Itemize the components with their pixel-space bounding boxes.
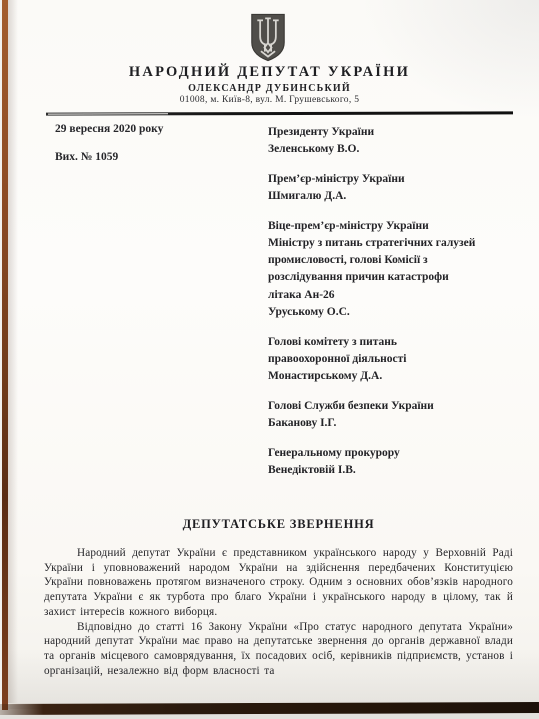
letterhead-org-title: НАРОДНИЙ ДЕПУТАТ УКРАЇНИ — [20, 64, 519, 81]
recipient-line: Венедіктовій І.В. — [268, 462, 524, 479]
recipient-security-service-head: Голові Служби безпеки України Баканову І… — [268, 398, 524, 432]
recipient-line: Зеленському В.О. — [268, 141, 524, 158]
recipient-line: Прем’єр-міністру України — [268, 171, 524, 188]
letterhead-address: 01008, м. Київ-8, вул. М. Грушевського, … — [20, 95, 519, 105]
table-edge-bottom — [0, 702, 539, 715]
recipient-line: Міністру з питань стратегічних галузей — [268, 235, 524, 252]
body-paragraph: Відповідно до статті 16 Закону України «… — [44, 620, 513, 679]
recipients-block: Президенту України Зеленському В.О. Прем… — [268, 124, 524, 491]
recipient-president: Президенту України Зеленському В.О. — [268, 124, 524, 158]
letterhead-person-name: ОЛЕКСАНДР ДУБИНСЬКИЙ — [20, 83, 519, 94]
table-edge-left — [2, 0, 8, 710]
recipient-line: Голові Служби безпеки України — [268, 398, 524, 415]
document-title: ДЕПУТАТСЬКЕ ЗВЕРНЕННЯ — [44, 517, 513, 532]
recipient-line: літака Ан-26 — [268, 287, 524, 304]
recipient-prime-minister: Прем’єр-міністру України Шмигалю Д.А. — [268, 171, 524, 205]
recipient-line: розслідування причин катастрофи — [268, 269, 524, 286]
recipient-line: Шмигалю Д.А. — [268, 188, 524, 205]
scanned-letter-photo: НАРОДНИЙ ДЕПУТАТ УКРАЇНИ ОЛЕКСАНДР ДУБИН… — [0, 0, 539, 719]
recipient-line: промисловості, голові Комісії з — [268, 252, 524, 269]
recipient-line: Монастирському Д.А. — [268, 368, 524, 385]
recipient-prosecutor-general: Генеральному прокурору Венедіктовій І.В. — [268, 445, 524, 479]
recipient-committee-head: Голові комітету з питань правоохоронної … — [268, 334, 524, 386]
recipient-line: Президенту України — [268, 124, 524, 141]
recipient-line: Генеральному прокурору — [268, 445, 524, 462]
recipient-vice-prime-minister: Віце-прем’єр-міністру України Міністру з… — [268, 218, 524, 321]
paper-left-shadow — [8, 0, 18, 703]
body-paragraph: Народний депутат України є представником… — [44, 546, 513, 620]
ukraine-trident-emblem-icon — [248, 12, 288, 63]
document-body: Народний депутат України є представником… — [44, 546, 513, 678]
recipient-line: Віце-прем’єр-міністру України — [268, 218, 524, 235]
divider-rule-highlight — [48, 113, 168, 114]
outgoing-number: Вих. № 1059 — [55, 151, 118, 163]
recipient-line: Голові комітету з питань — [268, 334, 524, 351]
recipient-line: Баканову І.Г. — [268, 415, 524, 432]
recipient-line: Уруському О.С. — [268, 304, 524, 321]
recipient-line: правоохоронної діяльності — [268, 351, 524, 368]
letter-date: 29 вересня 2020 року — [55, 123, 163, 135]
